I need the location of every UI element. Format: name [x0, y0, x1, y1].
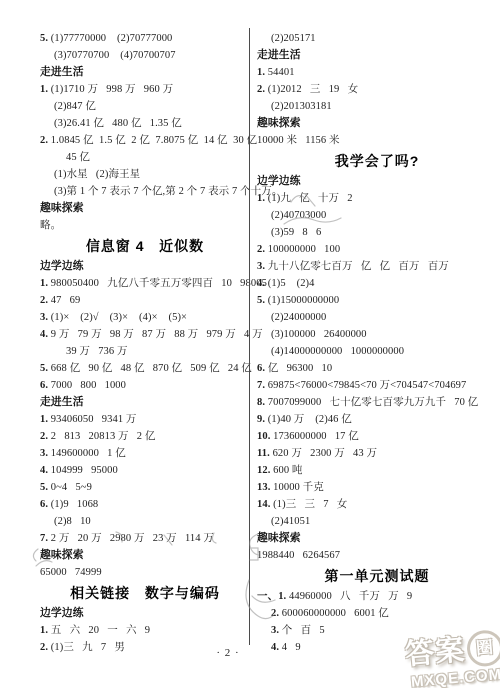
answer-text: 668 亿 90 亿 48 亿 870 亿 509 亿 24 亿 — [48, 363, 252, 374]
answer-line: 1. 93406050 9341 万 — [40, 411, 250, 428]
item-number: 12. — [257, 465, 270, 476]
answer-line: (2)41051 — [257, 513, 497, 530]
answer-text: 0~4 5~9 — [48, 482, 92, 493]
answer-line: 2. (1)2012 三 19 女 — [257, 81, 497, 98]
answer-line: 6. 亿 96300 10 — [257, 360, 497, 377]
answer-line: 2. 600060000000 6001 亿 — [257, 605, 497, 622]
answer-line: 1. (1)九 亿 十万 2 — [257, 190, 497, 207]
item-number: 1. — [257, 67, 265, 78]
item-number: 8. — [257, 397, 265, 408]
exercise-label: 走进生活 — [257, 47, 497, 64]
answer-text: 600 吨 — [270, 465, 302, 476]
answer-line: (2)205171 — [257, 30, 497, 47]
item-number: 4. — [257, 278, 265, 289]
answer-text: 620 万 2300 万 43 万 — [270, 448, 377, 459]
exercise-label: 趣味探索 — [257, 115, 497, 132]
answer-text: (1)9 1068 — [48, 499, 98, 510]
answer-text: 104999 95000 — [48, 465, 118, 476]
answer-line: 5. 0~4 5~9 — [40, 479, 250, 496]
item-number: 5. — [40, 363, 48, 374]
exercise-label: 走进生活 — [40, 394, 250, 411]
answer-line: (1)水星 (2)海王星 — [40, 166, 250, 183]
answer-text: 7000 800 1000 — [48, 380, 126, 391]
item-number: 11. — [257, 448, 270, 459]
watermark-brand-text: 答案 — [404, 634, 467, 671]
answer-line: (3)100000 26400000 — [257, 326, 497, 343]
right-column: (2)205171走进生活1. 544012. (1)2012 三 19 女(2… — [257, 30, 497, 656]
answer-text: 五 六 20 一 六 9 — [48, 625, 150, 636]
item-number: 3. — [40, 448, 48, 459]
item-number: 1. — [40, 278, 48, 289]
answer-text: 2 万 20 万 2980 万 23 万 114 万 — [48, 533, 214, 544]
answer-text: 1736000000 17 亿 — [270, 431, 358, 442]
answer-line: 7. 2 万 20 万 2980 万 23 万 114 万 — [40, 530, 250, 547]
answer-line: 1. 54401 — [257, 64, 497, 81]
exercise-label: 边学边练 — [257, 173, 497, 190]
answer-text: 个 百 5 — [279, 625, 325, 636]
answer-text: (1)40 万 (2)46 亿 — [265, 414, 352, 425]
answer-line: 39 万 736 万 — [40, 343, 250, 360]
answer-text: 7007099000 七十亿零七百零九万九千 70 亿 — [265, 397, 478, 408]
item-number: 2. — [40, 295, 48, 306]
answer-text: (1)15000000000 — [265, 295, 339, 306]
answer-text: 2 813 20813 万 2 亿 — [48, 431, 155, 442]
exercise-label: 趣味探索 — [40, 200, 250, 217]
answer-text: (1)三 三 7 女 — [270, 499, 347, 510]
answer-line: 6. 7000 800 1000 — [40, 377, 250, 394]
column-divider — [249, 28, 250, 645]
item-number: 3. — [257, 261, 265, 272]
item-number: 2. — [40, 135, 48, 146]
item-number: 4. — [40, 465, 48, 476]
answer-text: 100000000 100 — [265, 244, 340, 255]
answer-line: 2. 100000000 100 — [257, 241, 497, 258]
answer-line: (2)24000000 — [257, 309, 497, 326]
answer-line: 一、1. 44960000 八 千万 万 9 — [257, 588, 497, 605]
answer-line: 5. 668 亿 90 亿 48 亿 870 亿 509 亿 24 亿 — [40, 360, 250, 377]
answer-line: 2. 2 813 20813 万 2 亿 — [40, 428, 250, 445]
answer-line: 4. (1)5 (2)4 — [257, 275, 497, 292]
answer-line: 3. (1)× (2)√ (3)× (4)× (5)× — [40, 309, 250, 326]
item-number: 1. — [257, 193, 265, 204]
answer-line: 2. 1.0845 亿 1.5 亿 2 亿 7.8075 亿 14 亿 30 亿 — [40, 132, 250, 149]
answer-text: 九十八亿零七百万 亿 亿 百万 百万 — [265, 261, 449, 272]
answer-text: 10000 千克 — [270, 482, 323, 493]
answer-text: 9 万 79 万 98 万 87 万 88 万 979 万 4 万 — [48, 329, 263, 340]
answer-line: 3. 149600000 1 亿 — [40, 445, 250, 462]
pencil-stroke — [33, 549, 38, 561]
answer-text: (1)1710 万 998 万 960 万 — [48, 84, 173, 95]
item-number: 13. — [257, 482, 270, 493]
answer-text: (1)九 亿 十万 2 — [265, 193, 353, 204]
answer-line: 1. 980050400 九亿八千零五万零四百 10 98005 — [40, 275, 250, 292]
answer-text: 149600000 1 亿 — [48, 448, 126, 459]
answer-line: 13. 10000 千克 — [257, 479, 497, 496]
answer-text: 54401 — [265, 67, 294, 78]
section-heading: 信息窗 4 近似数 — [40, 234, 250, 258]
exercise-label: 边学边练 — [40, 258, 250, 275]
item-number: 2. — [257, 84, 265, 95]
item-number: 2. — [271, 608, 279, 619]
answer-text: (1)5 (2)4 — [265, 278, 314, 289]
answer-line: 11. 620 万 2300 万 43 万 — [257, 445, 497, 462]
item-number: 1. — [40, 84, 48, 95]
answer-line: 5. (1)77770000 (2)70777000 — [40, 30, 250, 47]
answer-text: (1)77770000 (2)70777000 — [48, 33, 172, 44]
section-heading: 第一单元测试题 — [257, 564, 497, 588]
item-number: 2. — [40, 431, 48, 442]
answer-line: 1988440 6264567 — [257, 547, 497, 564]
item-number: 2. — [257, 244, 265, 255]
answer-text: 980050400 九亿八千零五万零四百 10 98005 — [48, 278, 267, 289]
item-number: 4. — [40, 329, 48, 340]
exercise-label: 趣味探索 — [40, 547, 250, 564]
item-number: 5. — [40, 482, 48, 493]
answer-text: (1)× (2)√ (3)× (4)× (5)× — [48, 312, 187, 323]
answer-text: 93406050 9341 万 — [48, 414, 136, 425]
item-number: 7. — [40, 533, 48, 544]
answer-line: 5. (1)15000000000 — [257, 292, 497, 309]
answer-line: 1. 五 六 20 一 六 9 — [40, 622, 250, 639]
answer-text: 47 69 — [48, 295, 80, 306]
item-number: 1. — [40, 414, 48, 425]
answer-line: 1. (1)1710 万 998 万 960 万 — [40, 81, 250, 98]
answer-line: 4. 104999 95000 — [40, 462, 250, 479]
item-number: 5. — [257, 295, 265, 306]
answer-line: (2)40703000 — [257, 207, 497, 224]
answer-line: 65000 74999 — [40, 564, 250, 581]
left-column: 5. (1)77770000 (2)70777000(3)70770700 (4… — [40, 30, 250, 656]
exercise-label: 趣味探索 — [257, 530, 497, 547]
answer-line: 10000 米 1156 米 — [257, 132, 497, 149]
answer-line: (2)847 亿 — [40, 98, 250, 115]
item-number: 1. — [40, 625, 48, 636]
item-number: 9. — [257, 414, 265, 425]
answer-line: (2)201303181 — [257, 98, 497, 115]
answer-line: 3. 九十八亿零七百万 亿 亿 百万 百万 — [257, 258, 497, 275]
item-number: 6. — [257, 363, 265, 374]
exercise-label: 走进生活 — [40, 64, 250, 81]
answer-line: (3)70770700 (4)70700707 — [40, 47, 250, 64]
answer-text: (1)2012 三 19 女 — [265, 84, 358, 95]
answer-line: (2)8 10 — [40, 513, 250, 530]
answer-line: 略。 — [40, 217, 250, 234]
section-heading: 我学会了吗? — [257, 149, 497, 173]
item-number: 7. — [257, 380, 265, 391]
answer-text: 69875<76000<79845<70 万<704547<704697 — [265, 380, 466, 391]
exercise-label: 边学边练 — [40, 605, 250, 622]
answer-text: 亿 96300 10 — [265, 363, 332, 374]
answer-text: 600060000000 6001 亿 — [279, 608, 389, 619]
answer-line: (3)59 8 6 — [257, 224, 497, 241]
page-number: · 2 · — [0, 647, 456, 659]
item-number: 3. — [40, 312, 48, 323]
item-number: 10. — [257, 431, 270, 442]
answer-text: 44960000 八 千万 万 9 — [286, 591, 412, 602]
item-number: 6. — [40, 499, 48, 510]
item-number: 5. — [40, 33, 48, 44]
answer-line: 2. 47 69 — [40, 292, 250, 309]
item-number: 14. — [257, 499, 270, 510]
answer-line: (3)第 1 个 7 表示 7 个亿,第 2 个 7 表示 7 个十万。 — [40, 183, 250, 200]
item-number: 6. — [40, 380, 48, 391]
answer-line: 12. 600 吨 — [257, 462, 497, 479]
answer-line: (3)26.41 亿 480 亿 1.35 亿 — [40, 115, 250, 132]
answer-line: 6. (1)9 1068 — [40, 496, 250, 513]
answer-line: 9. (1)40 万 (2)46 亿 — [257, 411, 497, 428]
answer-line: 4. 9 万 79 万 98 万 87 万 88 万 979 万 4 万 — [40, 326, 250, 343]
answer-line: 7. 69875<76000<79845<70 万<704547<704697 — [257, 377, 497, 394]
answer-line: 10. 1736000000 17 亿 — [257, 428, 497, 445]
answer-book-page: 5. (1)77770000 (2)70777000(3)70770700 (4… — [0, 0, 500, 688]
answer-line: 45 亿 — [40, 149, 250, 166]
watermark: 答案圈 MXQE.COM — [404, 629, 500, 688]
item-number: 一、1. — [257, 591, 286, 602]
answer-line: (4)14000000000 1000000000 — [257, 343, 497, 360]
answer-text: 1.0845 亿 1.5 亿 2 亿 7.8075 亿 14 亿 30 亿 — [48, 135, 257, 146]
watermark-circle-char: 圈 — [466, 629, 500, 668]
answer-line: 8. 7007099000 七十亿零七百零九万九千 70 亿 — [257, 394, 497, 411]
section-heading: 相关链接 数字与编码 — [40, 581, 250, 605]
answer-line: 14. (1)三 三 7 女 — [257, 496, 497, 513]
item-number: 3. — [271, 625, 279, 636]
